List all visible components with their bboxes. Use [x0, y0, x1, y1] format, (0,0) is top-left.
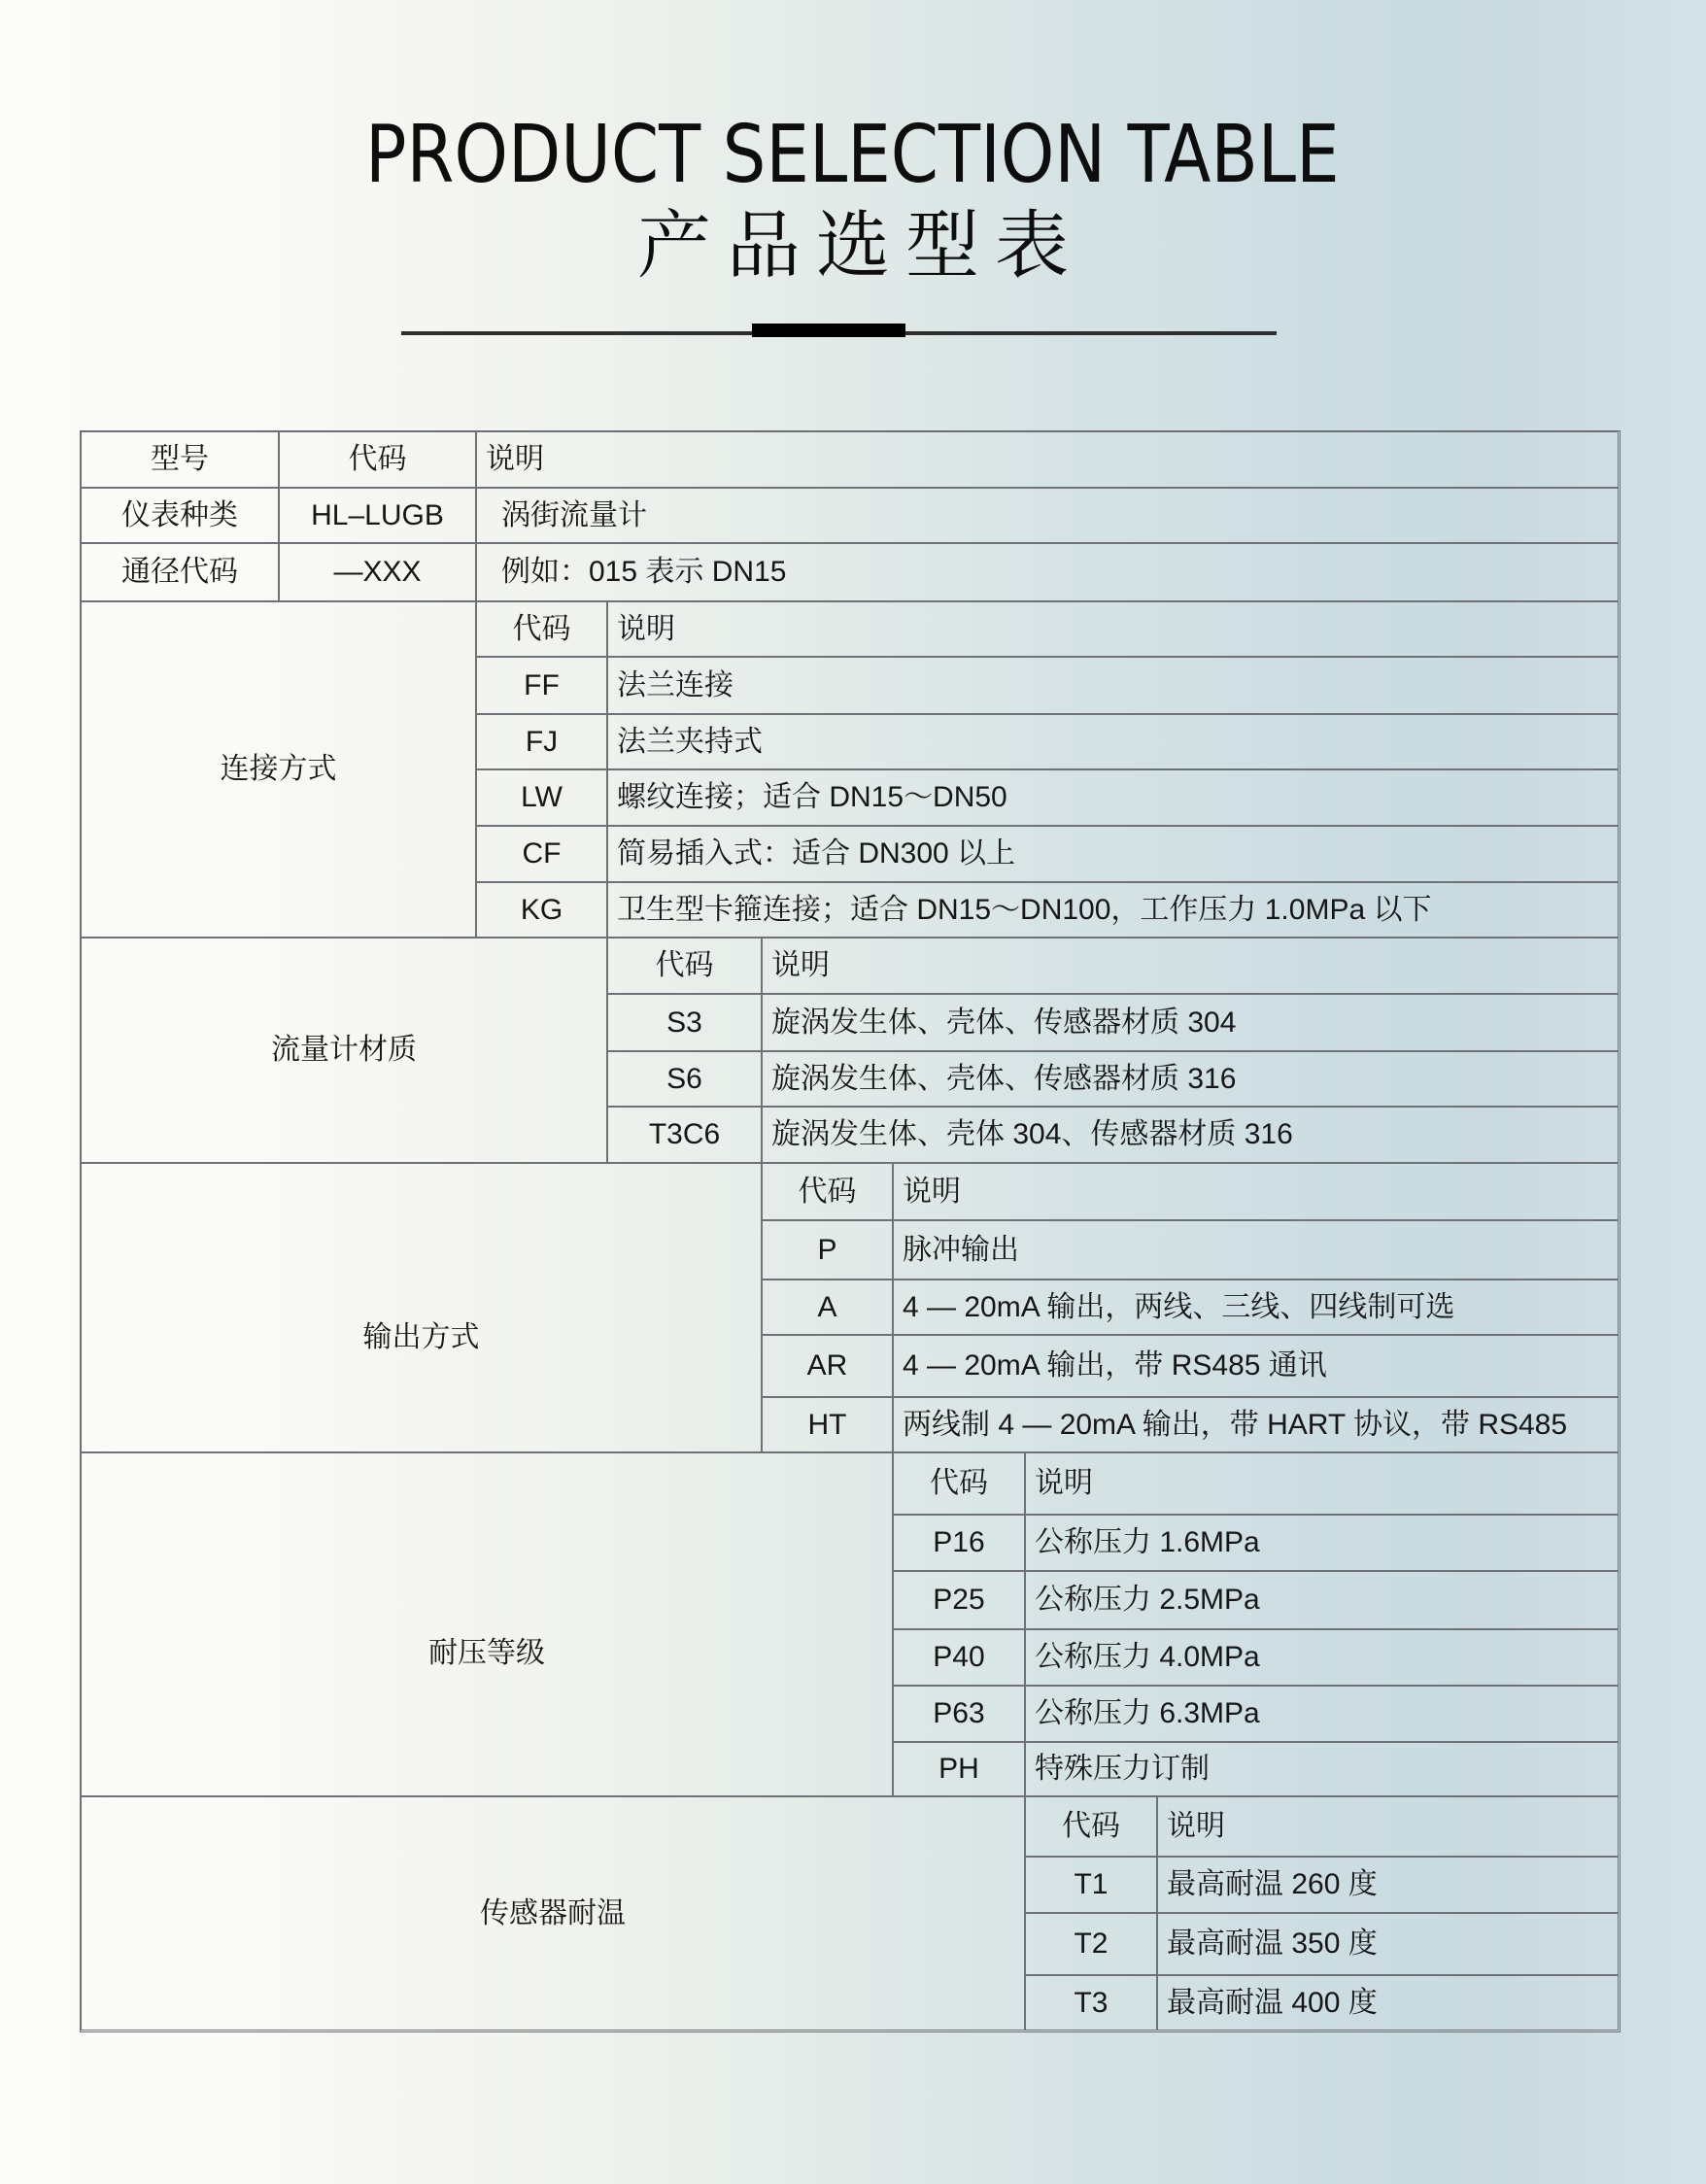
option-code: S3	[607, 994, 762, 1051]
title-divider-accent-bar	[752, 324, 905, 337]
option-desc: 公称压力 6.3MPa	[1025, 1686, 1619, 1742]
option-desc: 卫生型卡箍连接；适合 DN15～DN100，工作压力 1.0MPa 以下	[607, 882, 1619, 938]
option-code-text: T1	[1074, 1868, 1108, 1901]
section-label-material: 流量计材质	[81, 938, 607, 1163]
row-desc: 例如：015 表示 DN15	[476, 543, 1619, 601]
section-label-text: 耐压等级	[428, 1637, 545, 1670]
option-code: LW	[476, 769, 607, 826]
option-code-text: T3	[1074, 1987, 1108, 2020]
option-desc: 最高耐温 260 度	[1157, 1857, 1619, 1913]
subheader-desc: 说明	[1157, 1796, 1619, 1857]
option-desc: 旋涡发生体、壳体、传感器材质 304	[762, 994, 1619, 1051]
option-code: AR	[762, 1335, 893, 1397]
subheader-code: 代码	[893, 1452, 1025, 1515]
option-code-text: A	[817, 1291, 836, 1324]
option-code-text: T3C6	[649, 1118, 720, 1151]
option-code: KG	[476, 882, 607, 938]
section-label-text: 输出方式	[363, 1321, 480, 1354]
page-title-chinese: 产品选型表	[0, 202, 1706, 291]
subheader-code: 代码	[607, 938, 762, 994]
option-code: T3C6	[607, 1107, 762, 1163]
row-label-text: 仪表种类	[121, 499, 238, 532]
option-code: P63	[893, 1686, 1025, 1742]
option-desc-text: 公称压力 4.0MPa	[1035, 1641, 1260, 1674]
option-desc: 脉冲输出	[893, 1220, 1619, 1280]
subheader-desc-text: 说明	[903, 1176, 961, 1209]
option-code: P40	[893, 1629, 1025, 1686]
option-desc-text: 脉冲输出	[903, 1234, 1019, 1267]
row-code: —XXX	[279, 543, 476, 601]
option-code-text: KG	[521, 894, 563, 927]
option-code-text: FF	[524, 669, 560, 702]
option-code: FF	[476, 657, 607, 714]
option-desc: 法兰连接	[607, 657, 1619, 714]
option-desc-text: 旋涡发生体、壳体、传感器材质 304	[771, 1007, 1236, 1040]
option-desc: 两线制 4 — 20mA 输出，带 HART 协议，带 RS485	[893, 1397, 1619, 1452]
option-desc-text: 螺纹连接；适合 DN15～DN50	[617, 781, 1007, 814]
option-code-text: S3	[666, 1007, 702, 1040]
option-code-text: P63	[933, 1697, 984, 1730]
subheader-desc: 说明	[1025, 1452, 1619, 1515]
option-desc-text: 法兰夹持式	[617, 726, 763, 759]
option-code-text: PH	[938, 1753, 979, 1786]
option-code: P16	[893, 1515, 1025, 1571]
option-code: P25	[893, 1571, 1025, 1629]
option-desc: 公称压力 4.0MPa	[1025, 1629, 1619, 1686]
option-desc: 公称压力 1.6MPa	[1025, 1515, 1619, 1571]
option-desc: 螺纹连接；适合 DN15～DN50	[607, 769, 1619, 826]
header-cell-desc: 说明	[476, 431, 1619, 488]
option-desc-text: 旋涡发生体、壳体 304、传感器材质 316	[771, 1118, 1293, 1151]
subheader-code-text: 代码	[1062, 1810, 1120, 1843]
option-code-text: AR	[807, 1349, 848, 1382]
row-label: 通径代码	[81, 543, 279, 601]
option-desc-text: 简易插入式：适合 DN300 以上	[617, 837, 1015, 870]
option-code: CF	[476, 826, 607, 882]
section-label-text: 流量计材质	[271, 1034, 417, 1067]
row-code-text: HL–LUGB	[311, 499, 444, 532]
option-code: FJ	[476, 714, 607, 769]
header-cell-code: 代码	[279, 431, 476, 488]
option-code: A	[762, 1280, 893, 1335]
page-title-english: PRODUCT SELECTION TABLE	[119, 113, 1586, 198]
option-code-text: S6	[666, 1063, 702, 1096]
option-desc-text: 4 — 20mA 输出，两线、三线、四线制可选	[903, 1291, 1454, 1324]
subheader-desc-text: 说明	[1167, 1810, 1225, 1843]
subheader-code-text: 代码	[799, 1176, 857, 1209]
header-cell-model: 型号	[81, 431, 279, 488]
option-desc-text: 旋涡发生体、壳体、传感器材质 316	[771, 1063, 1236, 1096]
subheader-desc: 说明	[607, 601, 1619, 657]
section-label-temperature: 传感器耐温	[81, 1796, 1025, 2030]
option-code-text: CF	[523, 837, 562, 870]
option-code-text: P25	[933, 1584, 984, 1617]
option-code: PH	[893, 1742, 1025, 1796]
section-label-pressure: 耐压等级	[81, 1452, 893, 1796]
option-desc-text: 最高耐温 400 度	[1167, 1987, 1378, 2020]
option-desc: 公称压力 2.5MPa	[1025, 1571, 1619, 1629]
option-code-text: FJ	[526, 726, 558, 759]
option-code: P	[762, 1220, 893, 1280]
subheader-desc-text: 说明	[1035, 1467, 1093, 1500]
subheader-code-text: 代码	[930, 1467, 988, 1500]
subheader-code: 代码	[762, 1163, 893, 1220]
option-desc: 最高耐温 350 度	[1157, 1913, 1619, 1975]
option-desc: 4 — 20mA 输出，两线、三线、四线制可选	[893, 1280, 1619, 1335]
row-code-text: —XXX	[333, 556, 421, 589]
option-code: T1	[1025, 1857, 1157, 1913]
subheader-desc-text: 说明	[771, 949, 830, 982]
header-desc-label: 说明	[486, 443, 544, 476]
option-desc-text: 卫生型卡箍连接；适合 DN15～DN100，工作压力 1.0MPa 以下	[617, 894, 1431, 927]
row-desc-text: 涡街流量计	[501, 499, 647, 532]
subheader-code-text: 代码	[513, 613, 571, 646]
section-label-output: 输出方式	[81, 1163, 762, 1452]
subheader-code: 代码	[476, 601, 607, 657]
subheader-desc-text: 说明	[617, 613, 675, 646]
subheader-desc: 说明	[762, 938, 1619, 994]
option-code-text: HT	[808, 1409, 847, 1442]
header-code-label: 代码	[349, 443, 407, 476]
row-label-text: 通径代码	[121, 556, 238, 589]
section-label-text: 传感器耐温	[480, 1897, 626, 1930]
option-desc: 旋涡发生体、壳体、传感器材质 316	[762, 1051, 1619, 1107]
option-desc: 旋涡发生体、壳体 304、传感器材质 316	[762, 1107, 1619, 1163]
option-code: T3	[1025, 1975, 1157, 2030]
option-desc: 简易插入式：适合 DN300 以上	[607, 826, 1619, 882]
row-label: 仪表种类	[81, 488, 279, 543]
subheader-code: 代码	[1025, 1796, 1157, 1857]
section-label-connection: 连接方式	[81, 601, 476, 938]
option-desc: 最高耐温 400 度	[1157, 1975, 1619, 2030]
option-desc-text: 4 — 20mA 输出，带 RS485 通讯	[903, 1349, 1327, 1382]
option-desc-text: 最高耐温 350 度	[1167, 1928, 1378, 1961]
option-code: S6	[607, 1051, 762, 1107]
option-desc: 法兰夹持式	[607, 714, 1619, 769]
header-model-label: 型号	[151, 443, 209, 476]
option-desc-text: 最高耐温 260 度	[1167, 1868, 1378, 1901]
option-code-text: P	[817, 1234, 836, 1267]
option-code: T2	[1025, 1913, 1157, 1975]
row-desc-text: 例如：015 表示 DN15	[501, 556, 786, 589]
subheader-code-text: 代码	[656, 949, 714, 982]
option-code-text: T2	[1074, 1928, 1108, 1961]
subheader-desc: 说明	[893, 1163, 1619, 1220]
option-desc-text: 公称压力 6.3MPa	[1035, 1697, 1260, 1730]
option-desc-text: 特殊压力订制	[1035, 1753, 1210, 1786]
option-code: HT	[762, 1397, 893, 1452]
option-code-text: P40	[933, 1641, 984, 1674]
option-desc: 特殊压力订制	[1025, 1742, 1619, 1796]
section-label-text: 连接方式	[221, 753, 337, 786]
option-desc-text: 公称压力 2.5MPa	[1035, 1584, 1260, 1617]
option-desc-text: 法兰连接	[617, 669, 734, 702]
row-code: HL–LUGB	[279, 488, 476, 543]
option-desc: 4 — 20mA 输出，带 RS485 通讯	[893, 1335, 1619, 1397]
option-desc-text: 两线制 4 — 20mA 输出，带 HART 协议，带 RS485	[903, 1409, 1567, 1442]
option-desc-text: 公称压力 1.6MPa	[1035, 1526, 1260, 1559]
row-desc: 涡街流量计	[476, 488, 1619, 543]
option-code-text: LW	[521, 781, 563, 814]
option-code-text: P16	[933, 1526, 984, 1559]
